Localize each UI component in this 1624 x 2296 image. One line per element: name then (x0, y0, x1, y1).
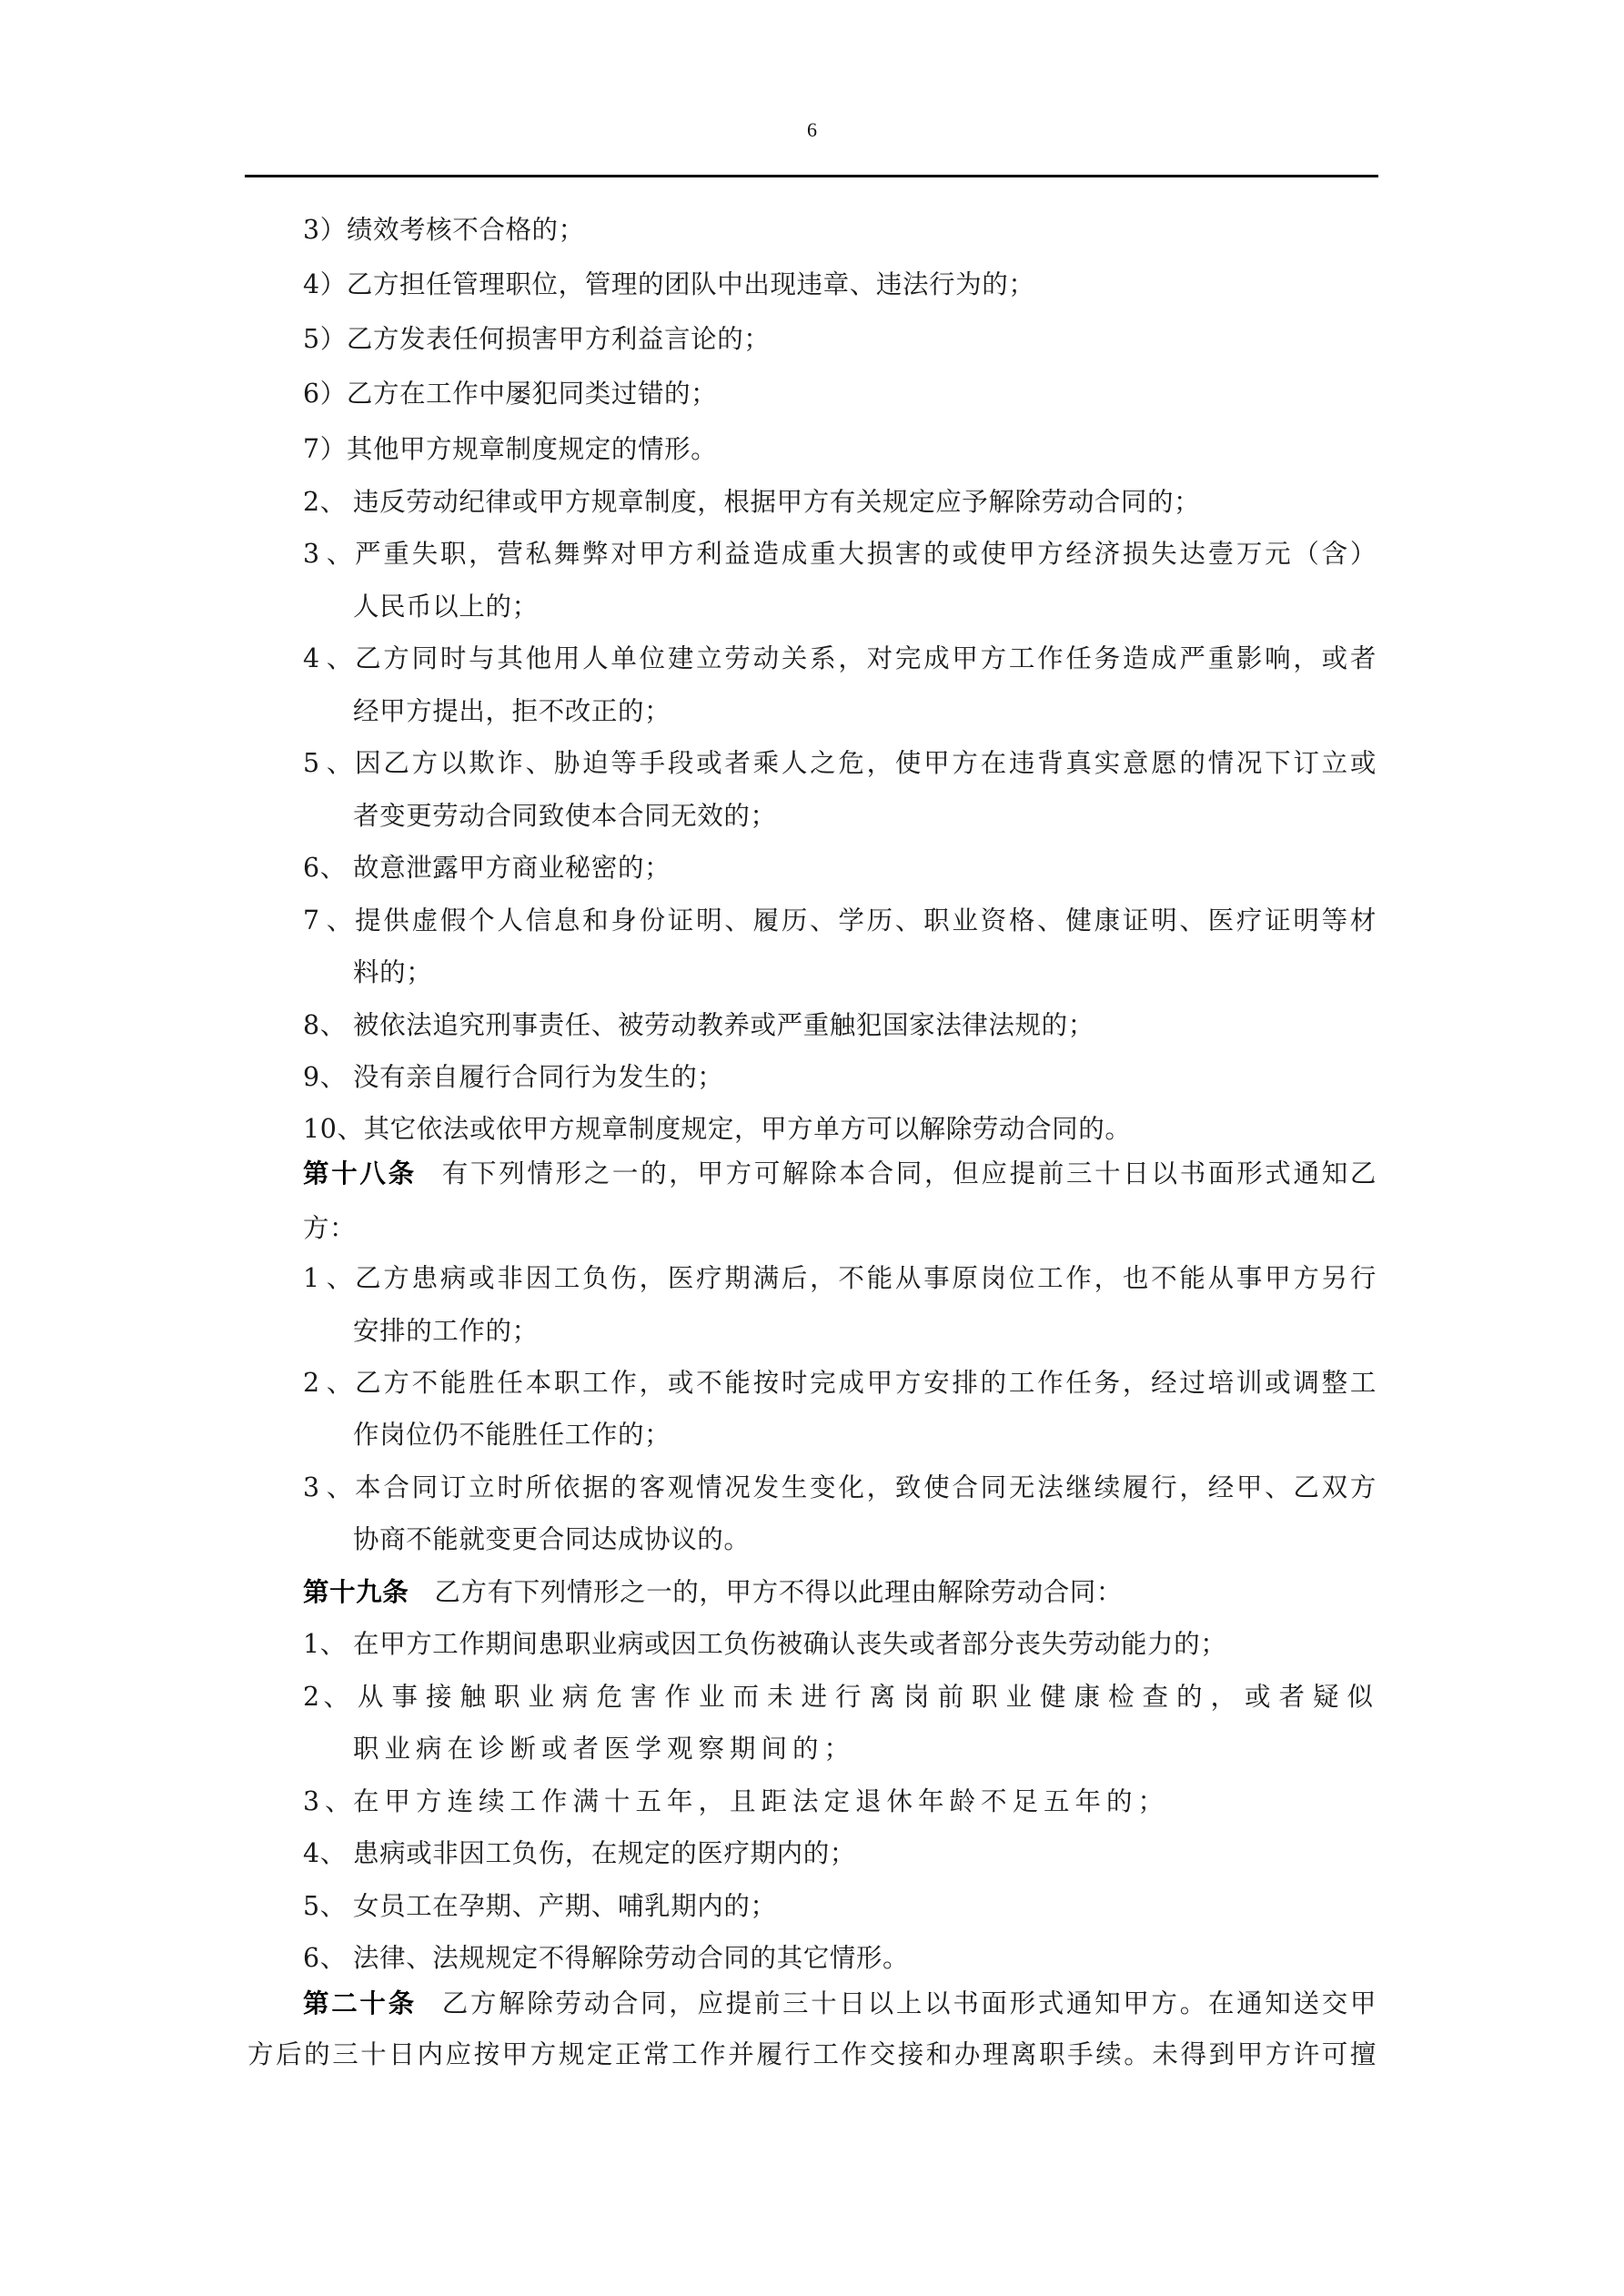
list-item: 5、女员工在孕期、产期、哺乳期内的； (303, 1888, 777, 1925)
list-item: 5）乙方发表任何损害甲方利益言论的； (303, 321, 770, 358)
item-text: 提供虚假个人信息和身份证明、履历、学历、职业资格、健康证明、医疗证明等材 (353, 905, 1377, 936)
article-19-heading: 第十九条 (303, 1577, 409, 1607)
list-item: 2、违反劳动纪律或甲方规章制度，根据甲方有关规定应予解除劳动合同的； (303, 484, 1200, 521)
item-number: 4、 (303, 641, 353, 677)
article-18-continuation: 方： (303, 1210, 356, 1247)
list-item: 8、被依法追究刑事责任、被劳动教养或严重触犯国家法律法规的； (303, 1007, 1094, 1044)
list-item: 6）乙方在工作中屡犯同类过错的； (303, 376, 717, 412)
header-rule (245, 175, 1378, 177)
list-item: 4、乙方同时与其他用人单位建立劳动关系，对完成甲方工作任务造成严重影响，或者 (303, 641, 1377, 677)
article-20-heading: 第二十条 (303, 1988, 417, 2018)
item-number: 4） (303, 267, 347, 303)
article-20-paragraph: 第二十条乙方解除劳动合同，应提前三十日以上以书面形式通知甲方。在通知送交甲 (303, 1986, 1377, 2022)
item-number: 5） (303, 321, 347, 358)
list-item: 10、其它依法或依甲方规章制度规定，甲方单方可以解除劳动合同的。 (303, 1111, 1131, 1148)
item-text: 其它依法或依甲方规章制度规定，甲方单方可以解除劳动合同的。 (364, 1114, 1132, 1144)
item-text: 乙方不能胜任本职工作，或不能按时完成甲方安排的工作任务，经过培训或调整工 (353, 1368, 1377, 1398)
item-number: 7） (303, 431, 347, 468)
list-item: 2、乙方不能胜任本职工作，或不能按时完成甲方安排的工作任务，经过培训或调整工 (303, 1365, 1377, 1401)
item-text: 乙方患病或非因工负伤，医疗期满后，不能从事原岗位工作，也不能从事甲方另行 (353, 1263, 1377, 1293)
item-number: 5、 (303, 1888, 353, 1925)
list-item: 4、患病或非因工负伤，在规定的医疗期内的； (303, 1836, 856, 1872)
list-item: 9、没有亲自履行合同行为发生的； (303, 1059, 723, 1096)
item-text: 患病或非因工负伤，在规定的医疗期内的； (353, 1838, 856, 1868)
page-number: 6 (0, 116, 1624, 144)
item-number: 9、 (303, 1059, 353, 1096)
item-text: 其他甲方规章制度规定的情形。 (347, 434, 717, 464)
list-item: 6、故意泄露甲方商业秘密的； (303, 850, 671, 886)
list-item: 3、本合同订立时所依据的客观情况发生变化，致使合同无法继续履行，经甲、乙双方 (303, 1470, 1377, 1506)
article-19-text: 乙方有下列情形之一的，甲方不得以此理由解除劳动合同： (434, 1577, 1123, 1607)
article-20-text: 乙方解除劳动合同，应提前三十日以上以书面形式通知甲方。在通知送交甲 (442, 1988, 1377, 2018)
list-item-continuation: 经甲方提出，拒不改正的； (353, 693, 671, 730)
article-18-text: 有下列情形之一的，甲方可解除本合同，但应提前三十日以书面形式通知乙 (442, 1158, 1377, 1188)
list-item-continuation: 安排的工作的； (353, 1313, 539, 1350)
item-number: 4、 (303, 1836, 353, 1872)
item-number: 2、 (303, 1679, 353, 1715)
item-text: 在甲方连续工作满十五年，且距法定退休年龄不足五年的； (353, 1786, 1169, 1816)
item-text: 在甲方工作期间患职业病或因工负伤被确认丧失或者部分丧失劳动能力的； (353, 1629, 1226, 1659)
item-text: 因乙方以欺诈、胁迫等手段或者乘人之危，使甲方在违背真实意愿的情况下订立或 (353, 748, 1377, 778)
list-item-continuation: 料的； (353, 955, 432, 991)
item-text: 乙方在工作中屡犯同类过错的； (347, 379, 717, 409)
list-item-continuation: 人民币以上的； (353, 589, 539, 625)
item-number: 3、 (303, 1784, 353, 1820)
list-item-continuation: 协商不能就变更合同达成协议的。 (353, 1522, 751, 1558)
item-text: 没有亲自履行合同行为发生的； (353, 1062, 723, 1092)
item-number: 10、 (303, 1111, 364, 1148)
item-text: 乙方担任管理职位，管理的团队中出现违章、违法行为的； (347, 269, 1035, 299)
document-page: 6 3）绩效考核不合格的； 4）乙方担任管理职位，管理的团队中出现违章、违法行为… (0, 0, 1624, 2296)
list-item: 1、在甲方工作期间患职业病或因工负伤被确认丧失或者部分丧失劳动能力的； (303, 1626, 1226, 1663)
list-item: 2、从事接触职业病危害作业而未进行离岗前职业健康检查的，或者疑似 (303, 1679, 1377, 1715)
item-text: 乙方发表任何损害甲方利益言论的； (347, 324, 771, 354)
list-item: 6、法律、法规规定不得解除劳动合同的其它情形。 (303, 1940, 909, 1977)
list-item-continuation: 作岗位仍不能胜任工作的； (353, 1417, 671, 1453)
article-18-paragraph: 第十八条有下列情形之一的，甲方可解除本合同，但应提前三十日以书面形式通知乙 (303, 1156, 1377, 1192)
list-item: 7）其他甲方规章制度规定的情形。 (303, 431, 717, 468)
list-item: 3、严重失职，营私舞弊对甲方利益造成重大损害的或使甲方经济损失达壹万元（含） (303, 536, 1377, 572)
item-number: 5、 (303, 745, 353, 782)
item-text: 从事接触职业病危害作业而未进行离岗前职业健康检查的，或者疑似 (353, 1682, 1377, 1712)
item-number: 3、 (303, 536, 353, 572)
item-text: 绩效考核不合格的； (347, 215, 585, 245)
list-item: 7、提供虚假个人信息和身份证明、履历、学历、职业资格、健康证明、医疗证明等材 (303, 903, 1377, 939)
item-text: 严重失职，营私舞弊对甲方利益造成重大损害的或使甲方经济损失达壹万元（含） (353, 539, 1377, 569)
list-item: 5、因乙方以欺诈、胁迫等手段或者乘人之危，使甲方在违背真实意愿的情况下订立或 (303, 745, 1377, 782)
article-18-heading: 第十八条 (303, 1158, 417, 1188)
item-number: 8、 (303, 1007, 353, 1044)
list-item: 4）乙方担任管理职位，管理的团队中出现违章、违法行为的； (303, 267, 1034, 303)
list-item: 3）绩效考核不合格的； (303, 212, 585, 248)
item-number: 3） (303, 212, 347, 248)
article-20-continuation: 方后的三十日内应按甲方规定正常工作并履行工作交接和办理离职手续。未得到甲方许可擅 (247, 2037, 1377, 2073)
item-text: 被依法追究刑事责任、被劳动教养或严重触犯国家法律法规的； (353, 1010, 1094, 1040)
list-item: 1、乙方患病或非因工负伤，医疗期满后，不能从事原岗位工作，也不能从事甲方另行 (303, 1260, 1377, 1297)
item-number: 2、 (303, 1365, 353, 1401)
item-number: 3、 (303, 1470, 353, 1506)
item-number: 6、 (303, 1940, 353, 1977)
item-number: 7、 (303, 903, 353, 939)
item-text: 违反劳动纪律或甲方规章制度，根据甲方有关规定应予解除劳动合同的； (353, 487, 1200, 517)
item-text: 女员工在孕期、产期、哺乳期内的； (353, 1891, 777, 1921)
item-number: 1、 (303, 1626, 353, 1663)
item-number: 1、 (303, 1260, 353, 1297)
item-text: 本合同订立时所依据的客观情况发生变化，致使合同无法继续履行，经甲、乙双方 (353, 1472, 1377, 1502)
list-item-continuation: 者变更劳动合同致使本合同无效的； (353, 798, 777, 834)
item-text: 乙方同时与其他用人单位建立劳动关系，对完成甲方工作任务造成严重影响，或者 (353, 643, 1377, 673)
list-item-continuation: 职业病在诊断或者医学观察期间的； (353, 1731, 855, 1767)
article-19-paragraph: 第十九条乙方有下列情形之一的，甲方不得以此理由解除劳动合同： (303, 1574, 1123, 1611)
item-number: 6） (303, 376, 347, 412)
item-number: 2、 (303, 484, 353, 521)
list-item: 3、在甲方连续工作满十五年，且距法定退休年龄不足五年的； (303, 1784, 1169, 1820)
item-text: 故意泄露甲方商业秘密的； (353, 853, 671, 883)
item-text: 法律、法规规定不得解除劳动合同的其它情形。 (353, 1943, 909, 1973)
item-number: 6、 (303, 850, 353, 886)
